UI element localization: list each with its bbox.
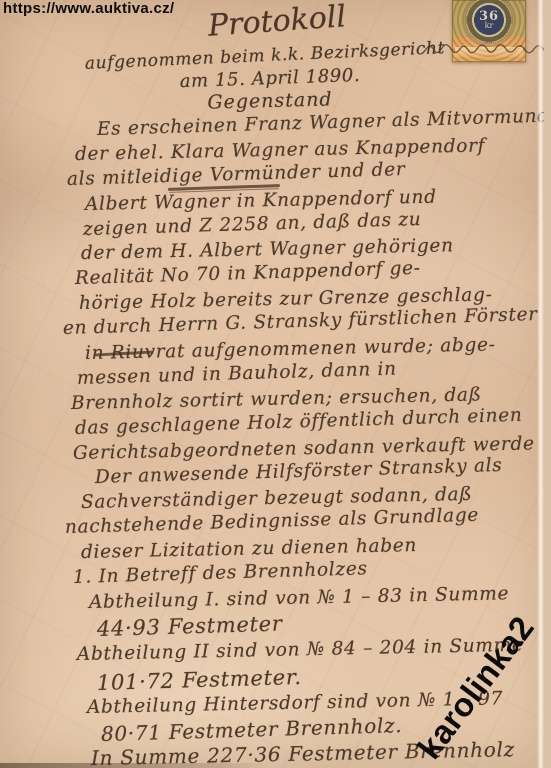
stamp-value-text: 36 xyxy=(479,11,499,22)
revenue-stamp: 36 kr xyxy=(452,0,526,62)
stamp-currency-text: kr xyxy=(485,22,494,30)
paper-edge xyxy=(544,0,551,768)
paper-edge-shadow xyxy=(0,763,270,768)
paper-edge-highlight xyxy=(537,0,544,768)
header-line-subject: Gegenstand xyxy=(170,87,371,114)
url-watermark: https://www.auktiva.cz/ xyxy=(3,1,174,18)
scanned-document-page: https://www.auktiva.cz/ 36 kr Protokoll … xyxy=(0,0,551,768)
document-title: Protokoll xyxy=(196,0,358,45)
